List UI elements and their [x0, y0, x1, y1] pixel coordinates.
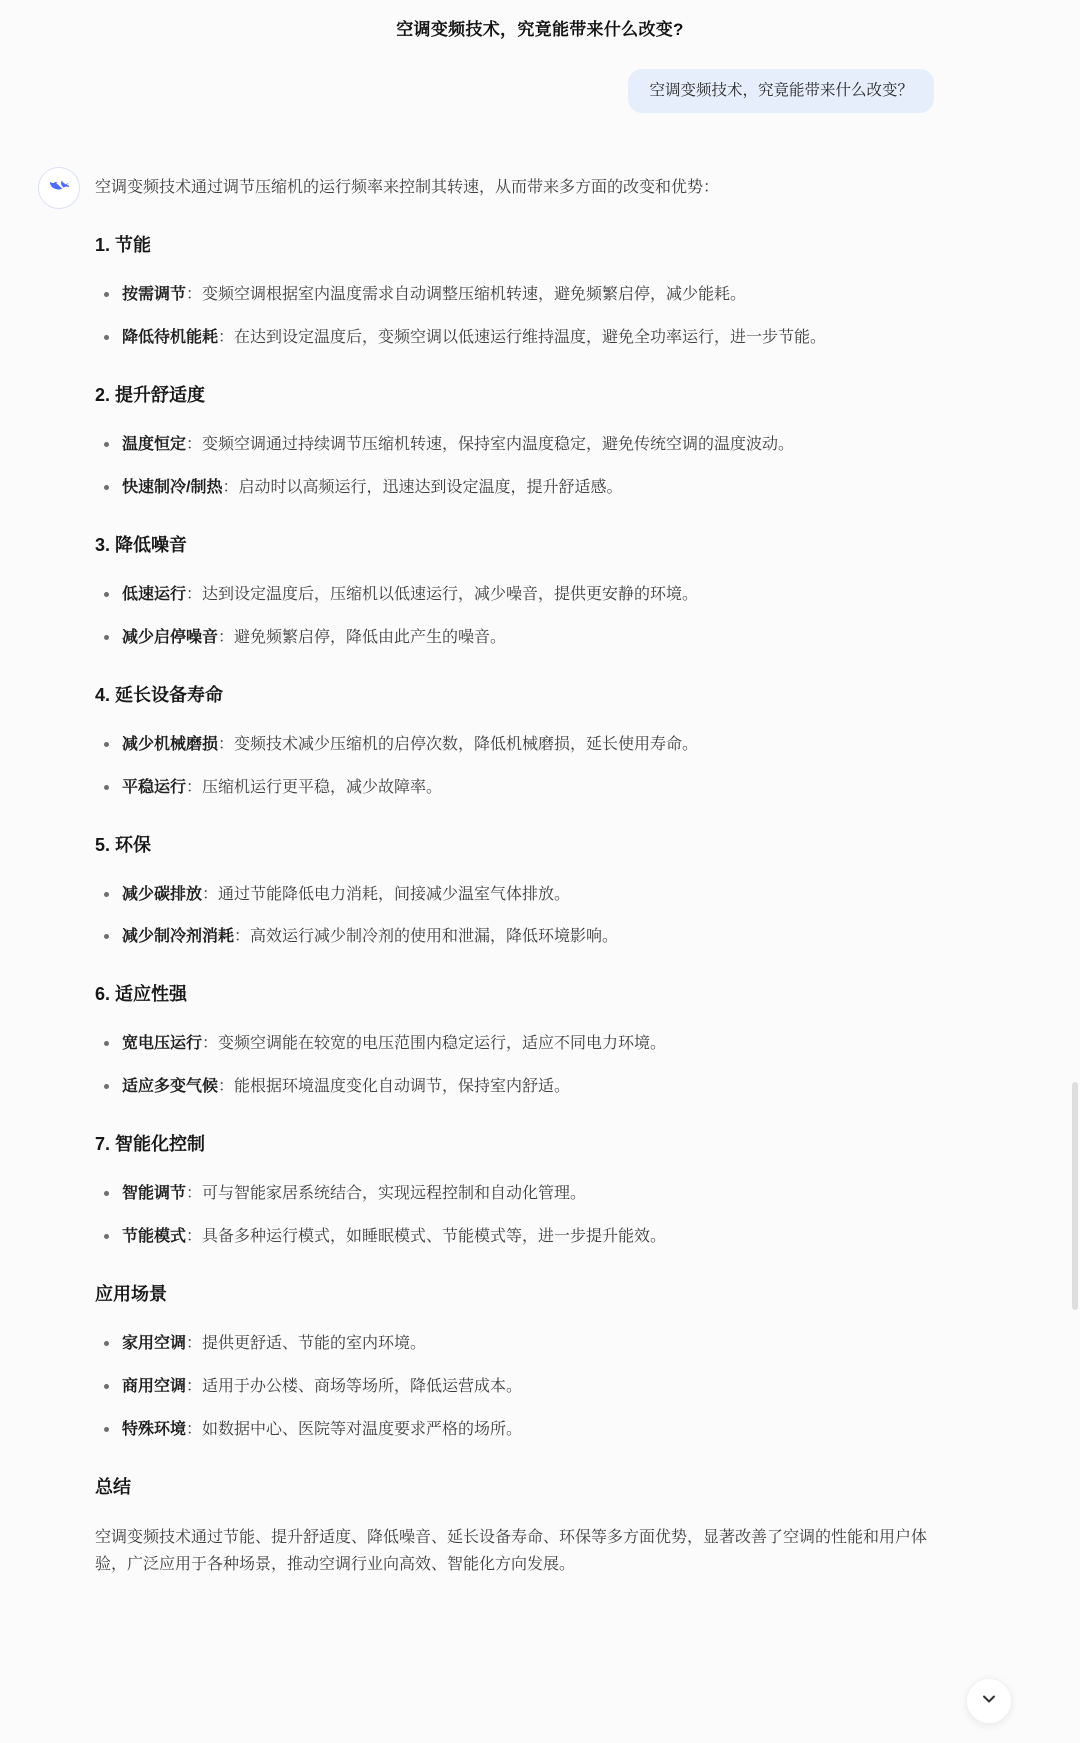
bullet-text: ：提供更舒适、节能的室内环境。 — [186, 1335, 426, 1352]
bullet-text: ：变频空调根据室内温度需求自动调整压缩机转速，避免频繁启停，减少能耗。 — [186, 286, 746, 303]
bullet-dot-icon — [104, 1384, 109, 1389]
bullet-dot-icon — [104, 1191, 109, 1196]
user-message-bubble: 空调变频技术，究竟能带来什么改变？ — [628, 69, 934, 113]
bullet-term: 智能调节 — [122, 1185, 186, 1202]
section-heading: 3. 降低噪音 — [95, 531, 943, 557]
bullet-text: ：避免频繁启停，降低由此产生的噪音。 — [218, 629, 506, 646]
bullet-dot-icon — [104, 635, 109, 640]
bullet-term: 减少机械磨损 — [122, 736, 218, 753]
bullet-content: 减少机械磨损：变频技术减少压缩机的启停次数，降低机械磨损，延长使用寿命。 — [122, 732, 698, 758]
bullet-dot-icon — [104, 292, 109, 297]
content-section: 5. 环保 减少碳排放：通过节能降低电力消耗，间接减少温室气体排放。 减少制冷剂… — [95, 831, 943, 951]
list-item: 快速制冷/制热：启动时以高频运行，迅速达到设定温度，提升舒适感。 — [104, 475, 943, 501]
content-section: 总结 空调变频技术通过节能、提升舒适度、降低噪音、延长设备寿命、环保等多方面优势… — [95, 1473, 943, 1578]
section-bullet-list: 温度恒定：变频空调通过持续调节压缩机转速，保持室内温度稳定，避免传统空调的温度波… — [104, 432, 943, 501]
bullet-term: 商用空调 — [122, 1378, 186, 1395]
user-message-row: 空调变频技术，究竟能带来什么改变？ — [0, 40, 1080, 113]
bullet-dot-icon — [104, 742, 109, 747]
bullet-dot-icon — [104, 485, 109, 490]
bullet-text: ：达到设定温度后，压缩机以低速运行，减少噪音，提供更安静的环境。 — [186, 586, 698, 603]
bullet-content: 适应多变气候：能根据环境温度变化自动调节，保持室内舒适。 — [122, 1074, 570, 1100]
bullet-term: 减少碳排放 — [122, 886, 202, 903]
list-item: 特殊环境：如数据中心、医院等对温度要求严格的场所。 — [104, 1417, 943, 1443]
list-item: 低速运行：达到设定温度后，压缩机以低速运行，减少噪音，提供更安静的环境。 — [104, 582, 943, 608]
section-heading: 2. 提升舒适度 — [95, 381, 943, 407]
content-section: 1. 节能 按需调节：变频空调根据室内温度需求自动调整压缩机转速，避免频繁启停，… — [95, 231, 943, 351]
bullet-dot-icon — [104, 592, 109, 597]
content-section: 3. 降低噪音 低速运行：达到设定温度后，压缩机以低速运行，减少噪音，提供更安静… — [95, 531, 943, 651]
deepseek-whale-icon — [46, 175, 72, 201]
bullet-text: ：能根据环境温度变化自动调节，保持室内舒适。 — [218, 1078, 570, 1095]
bullet-dot-icon — [104, 934, 109, 939]
bullet-term: 减少启停噪音 — [122, 629, 218, 646]
bullet-content: 平稳运行：压缩机运行更平稳，减少故障率。 — [122, 775, 442, 801]
section-heading: 1. 节能 — [95, 231, 943, 257]
bullet-dot-icon — [104, 785, 109, 790]
bullet-content: 按需调节：变频空调根据室内温度需求自动调整压缩机转速，避免频繁启停，减少能耗。 — [122, 282, 746, 308]
bullet-dot-icon — [104, 1427, 109, 1432]
bullet-content: 家用空调：提供更舒适、节能的室内环境。 — [122, 1331, 426, 1357]
assistant-message-row: 空调变频技术通过调节压缩机的运行频率来控制其转速，从而带来多方面的改变和优势： … — [0, 113, 1080, 1578]
bullet-content: 减少启停噪音：避免频繁启停，降低由此产生的噪音。 — [122, 625, 506, 651]
bullet-term: 温度恒定 — [122, 436, 186, 453]
bullet-dot-icon — [104, 1084, 109, 1089]
section-heading: 5. 环保 — [95, 831, 943, 857]
section-heading: 应用场景 — [95, 1280, 943, 1306]
list-item: 平稳运行：压缩机运行更平稳，减少故障率。 — [104, 775, 943, 801]
bullet-content: 智能调节：可与智能家居系统结合，实现远程控制和自动化管理。 — [122, 1181, 586, 1207]
section-heading: 4. 延长设备寿命 — [95, 681, 943, 707]
bullet-term: 宽电压运行 — [122, 1035, 202, 1052]
list-item: 减少启停噪音：避免频繁启停，降低由此产生的噪音。 — [104, 625, 943, 651]
content-section: 4. 延长设备寿命 减少机械磨损：变频技术减少压缩机的启停次数，降低机械磨损，延… — [95, 681, 943, 801]
bullet-content: 商用空调：适用于办公楼、商场等场所，降低运营成本。 — [122, 1374, 522, 1400]
section-bullet-list: 宽电压运行：变频空调能在较宽的电压范围内稳定运行，适应不同电力环境。 适应多变气… — [104, 1031, 943, 1100]
list-item: 降低待机能耗：在达到设定温度后，变频空调以低速运行维持温度，避免全功率运行，进一… — [104, 325, 943, 351]
bullet-text: ：变频技术减少压缩机的启停次数，降低机械磨损，延长使用寿命。 — [218, 736, 698, 753]
bullet-content: 温度恒定：变频空调通过持续调节压缩机转速，保持室内温度稳定，避免传统空调的温度波… — [122, 432, 794, 458]
list-item: 节能模式：具备多种运行模式，如睡眠模式、节能模式等，进一步提升能效。 — [104, 1224, 943, 1250]
section-paragraph: 空调变频技术通过节能、提升舒适度、降低噪音、延长设备寿命、环保等多方面优势，显著… — [95, 1524, 943, 1578]
section-heading: 7. 智能化控制 — [95, 1130, 943, 1156]
list-item: 商用空调：适用于办公楼、商场等场所，降低运营成本。 — [104, 1374, 943, 1400]
list-item: 减少碳排放：通过节能降低电力消耗，间接减少温室气体排放。 — [104, 882, 943, 908]
bullet-content: 宽电压运行：变频空调能在较宽的电压范围内稳定运行，适应不同电力环境。 — [122, 1031, 666, 1057]
section-bullet-list: 按需调节：变频空调根据室内温度需求自动调整压缩机转速，避免频繁启停，减少能耗。 … — [104, 282, 943, 351]
assistant-intro: 空调变频技术通过调节压缩机的运行频率来控制其转速，从而带来多方面的改变和优势： — [95, 176, 943, 201]
bullet-text: ：在达到设定温度后，变频空调以低速运行维持温度，避免全功率运行，进一步节能。 — [218, 329, 826, 346]
bullet-text: ：变频空调能在较宽的电压范围内稳定运行，适应不同电力环境。 — [202, 1035, 666, 1052]
bullet-text: ：压缩机运行更平稳，减少故障率。 — [186, 779, 442, 796]
bullet-dot-icon — [104, 1041, 109, 1046]
list-item: 适应多变气候：能根据环境温度变化自动调节，保持室内舒适。 — [104, 1074, 943, 1100]
section-bullet-list: 减少机械磨损：变频技术减少压缩机的启停次数，降低机械磨损，延长使用寿命。 平稳运… — [104, 732, 943, 801]
bullet-content: 减少制冷剂消耗：高效运行减少制冷剂的使用和泄漏，降低环境影响。 — [122, 924, 618, 950]
bullet-term: 降低待机能耗 — [122, 329, 218, 346]
bullet-dot-icon — [104, 335, 109, 340]
bullet-term: 平稳运行 — [122, 779, 186, 796]
bullet-dot-icon — [104, 442, 109, 447]
content-section: 7. 智能化控制 智能调节：可与智能家居系统结合，实现远程控制和自动化管理。 节… — [95, 1130, 943, 1250]
section-bullet-list: 减少碳排放：通过节能降低电力消耗，间接减少温室气体排放。 减少制冷剂消耗：高效运… — [104, 882, 943, 951]
list-item: 智能调节：可与智能家居系统结合，实现远程控制和自动化管理。 — [104, 1181, 943, 1207]
list-item: 温度恒定：变频空调通过持续调节压缩机转速，保持室内温度稳定，避免传统空调的温度波… — [104, 432, 943, 458]
assistant-avatar — [38, 167, 80, 209]
bullet-text: ：适用于办公楼、商场等场所，降低运营成本。 — [186, 1378, 522, 1395]
section-heading: 6. 适应性强 — [95, 980, 943, 1006]
bullet-content: 快速制冷/制热：启动时以高频运行，迅速达到设定温度，提升舒适感。 — [122, 475, 622, 501]
bullet-dot-icon — [104, 892, 109, 897]
content-section: 2. 提升舒适度 温度恒定：变频空调通过持续调节压缩机转速，保持室内温度稳定，避… — [95, 381, 943, 501]
bullet-text: ：启动时以高频运行，迅速达到设定温度，提升舒适感。 — [222, 479, 622, 496]
bullet-text: ：具备多种运行模式，如睡眠模式、节能模式等，进一步提升能效。 — [186, 1228, 666, 1245]
bullet-content: 节能模式：具备多种运行模式，如睡眠模式、节能模式等，进一步提升能效。 — [122, 1224, 666, 1250]
bullet-term: 家用空调 — [122, 1335, 186, 1352]
list-item: 家用空调：提供更舒适、节能的室内环境。 — [104, 1331, 943, 1357]
bullet-content: 特殊环境：如数据中心、医院等对温度要求严格的场所。 — [122, 1417, 522, 1443]
bullet-content: 降低待机能耗：在达到设定温度后，变频空调以低速运行维持温度，避免全功率运行，进一… — [122, 325, 826, 351]
content-section: 6. 适应性强 宽电压运行：变频空调能在较宽的电压范围内稳定运行，适应不同电力环… — [95, 980, 943, 1100]
scrollbar-thumb[interactable] — [1072, 1082, 1078, 1310]
section-bullet-list: 低速运行：达到设定温度后，压缩机以低速运行，减少噪音，提供更安静的环境。 减少启… — [104, 582, 943, 651]
section-heading: 总结 — [95, 1473, 943, 1499]
scroll-to-bottom-button[interactable] — [966, 1678, 1012, 1724]
section-bullet-list: 家用空调：提供更舒适、节能的室内环境。 商用空调：适用于办公楼、商场等场所，降低… — [104, 1331, 943, 1443]
bullet-term: 低速运行 — [122, 586, 186, 603]
assistant-sections: 1. 节能 按需调节：变频空调根据室内温度需求自动调整压缩机转速，避免频繁启停，… — [95, 231, 943, 1578]
bullet-term: 快速制冷/制热 — [122, 479, 222, 496]
list-item: 按需调节：变频空调根据室内温度需求自动调整压缩机转速，避免频繁启停，减少能耗。 — [104, 282, 943, 308]
bullet-term: 减少制冷剂消耗 — [122, 928, 234, 945]
bullet-dot-icon — [104, 1341, 109, 1346]
list-item: 减少制冷剂消耗：高效运行减少制冷剂的使用和泄漏，降低环境影响。 — [104, 924, 943, 950]
content-section: 应用场景 家用空调：提供更舒适、节能的室内环境。 商用空调：适用于办公楼、商场等… — [95, 1280, 943, 1443]
bullet-dot-icon — [104, 1234, 109, 1239]
bullet-content: 低速运行：达到设定温度后，压缩机以低速运行，减少噪音，提供更安静的环境。 — [122, 582, 698, 608]
bullet-term: 按需调节 — [122, 286, 186, 303]
assistant-message-body: 空调变频技术通过调节压缩机的运行频率来控制其转速，从而带来多方面的改变和优势： … — [95, 166, 943, 1578]
bullet-content: 减少碳排放：通过节能降低电力消耗，间接减少温室气体排放。 — [122, 882, 570, 908]
list-item: 宽电压运行：变频空调能在较宽的电压范围内稳定运行，适应不同电力环境。 — [104, 1031, 943, 1057]
bullet-text: ：通过节能降低电力消耗，间接减少温室气体排放。 — [202, 886, 570, 903]
conversation-title: 空调变频技术，究竟能带来什么改变? — [0, 0, 1080, 40]
chevron-down-icon — [979, 1689, 999, 1714]
bullet-term: 特殊环境 — [122, 1421, 186, 1438]
bullet-term: 节能模式 — [122, 1228, 186, 1245]
bullet-term: 适应多变气候 — [122, 1078, 218, 1095]
list-item: 减少机械磨损：变频技术减少压缩机的启停次数，降低机械磨损，延长使用寿命。 — [104, 732, 943, 758]
bullet-text: ：变频空调通过持续调节压缩机转速，保持室内温度稳定，避免传统空调的温度波动。 — [186, 436, 794, 453]
bullet-text: ：高效运行减少制冷剂的使用和泄漏，降低环境影响。 — [234, 928, 618, 945]
bullet-text: ：可与智能家居系统结合，实现远程控制和自动化管理。 — [186, 1185, 586, 1202]
bullet-text: ：如数据中心、医院等对温度要求严格的场所。 — [186, 1421, 522, 1438]
section-bullet-list: 智能调节：可与智能家居系统结合，实现远程控制和自动化管理。 节能模式：具备多种运… — [104, 1181, 943, 1250]
